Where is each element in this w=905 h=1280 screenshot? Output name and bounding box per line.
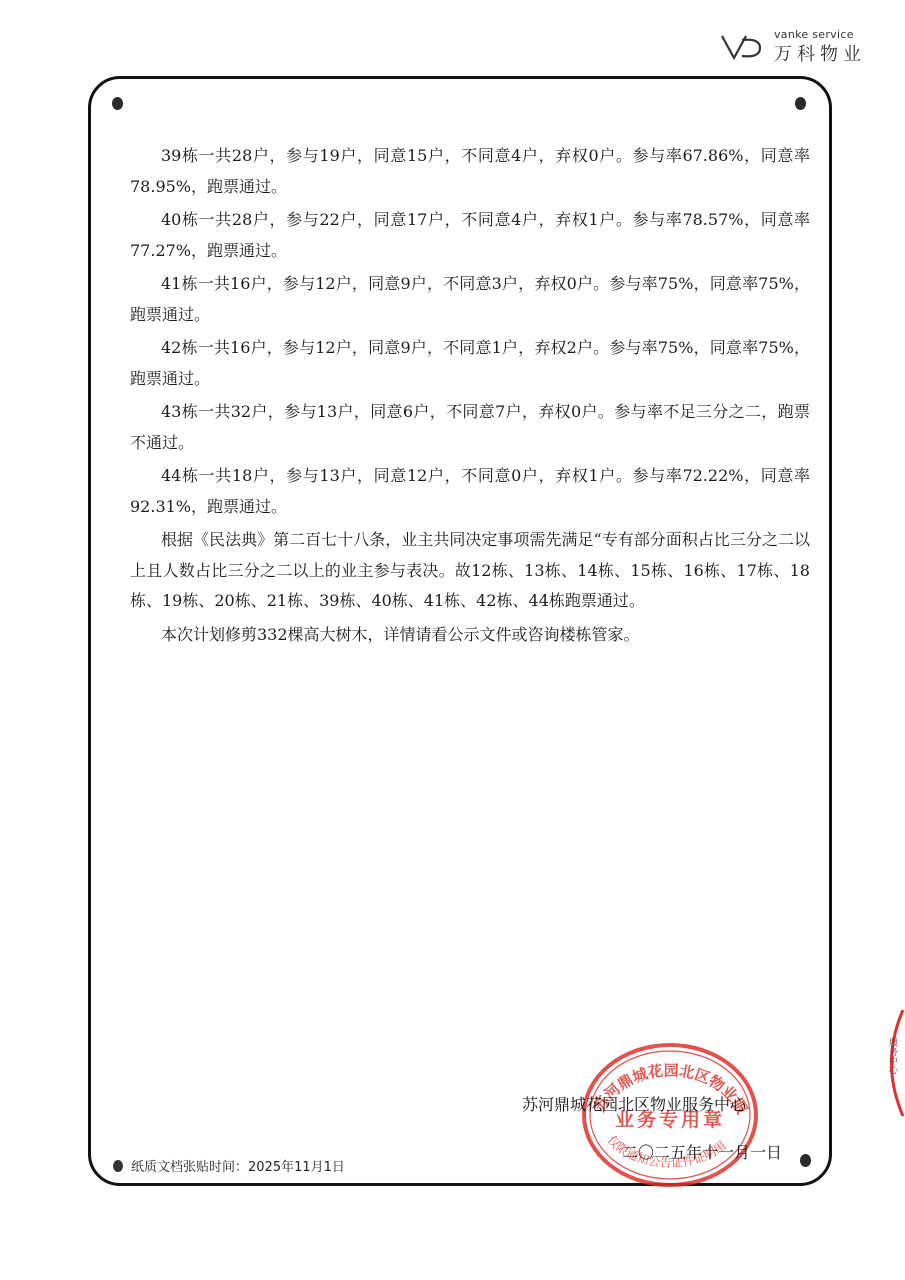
posted-time-text: 纸质文档张贴时间：2025年11月1日: [131, 1160, 345, 1175]
partial-seal-edge: 服务中心: [878, 1008, 905, 1118]
issuer-name: 苏河鼎城花园北区物业服务中心: [522, 1092, 746, 1115]
paragraph-building-40: 40栋一共28户，参与22户，同意17户，不同意4户，弃权1户。参与率78.57…: [130, 205, 810, 266]
paragraph-building-39: 39栋一共28户，参与19户，同意15户，不同意4户，弃权0户。参与率67.86…: [130, 141, 810, 202]
posted-time: 纸质文档张贴时间：2025年11月1日: [113, 1156, 345, 1175]
issue-date: 二〇二五年十一月一日: [622, 1140, 782, 1163]
logo-chinese-text: 万科物业: [774, 40, 866, 66]
paragraph-building-44: 44栋一共18户，参与13户，同意12户，不同意0户，弃权1户。参与率72.22…: [130, 461, 810, 522]
svg-text:服务中心: 服务中心: [887, 1038, 898, 1074]
punch-hole-bottom-right: [800, 1154, 811, 1167]
punch-hole-top-left: [112, 97, 123, 110]
paragraph-legal-basis: 根据《民法典》第二百七十八条，业主共同决定事项需先满足“专有部分面积占比三分之二…: [130, 525, 810, 617]
punch-hole-top-right: [795, 97, 806, 110]
paragraph-building-42: 42栋一共16户，参与12户，同意9户，不同意1户，弃权2户。参与率75%，同意…: [130, 333, 810, 394]
notice-body: 39栋一共28户，参与19户，同意15户，不同意4户，弃权0户。参与率67.86…: [130, 141, 810, 653]
paragraph-building-41: 41栋一共16户，参与12户，同意9户，不同意3户，弃权0户。参与率75%，同意…: [130, 269, 810, 330]
punch-hole-bottom-left: [113, 1160, 123, 1172]
paragraph-tree-pruning: 本次计划修剪332棵高大树木，详情请看公示文件或咨询楼栋管家。: [130, 620, 810, 651]
vs-logo-icon: [720, 32, 766, 62]
vanke-service-logo: vanke service 万科物业: [720, 28, 900, 68]
paragraph-building-43: 43栋一共32户，参与13户，同意6户，不同意7户，弃权0户。参与率不足三分之二…: [130, 397, 810, 458]
company-seal: 苏河鼎城花园北区物业服务中心 业务专用章 仅限通知公告证件证明用: [580, 1040, 760, 1190]
